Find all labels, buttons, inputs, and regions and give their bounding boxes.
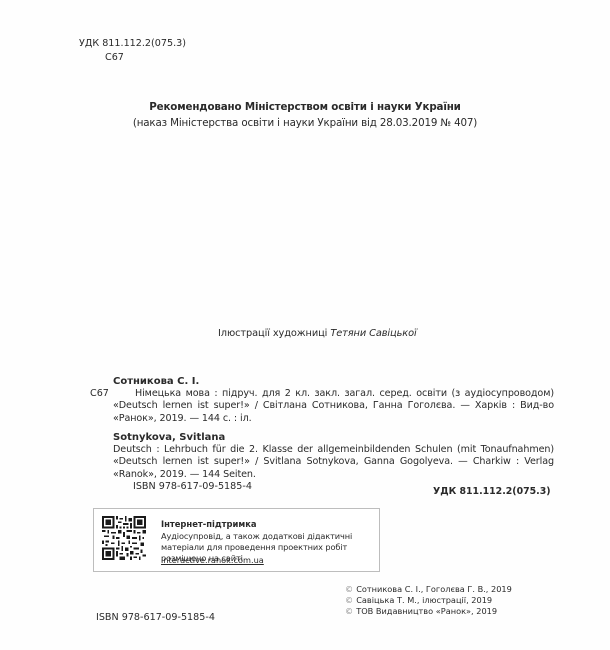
support-website-link[interactable]: interactive.ranok.com.ua: [161, 555, 264, 565]
internet-support-box: Інтернет-підтримка Аудіосупровід, а тако…: [93, 508, 380, 572]
catalog-code: С67: [90, 388, 109, 400]
imprint-page: УДК 811.112.2(075.3) С67 Рекомендовано М…: [0, 0, 610, 650]
copyright-block: ©Сотникова С. І., Гоголєва Г. В., 2019 ©…: [345, 584, 512, 618]
copyright-line: ©Савіцька Т. М., ілюстрації, 2019: [345, 595, 512, 606]
internet-support-title: Інтернет-підтримка: [161, 519, 257, 529]
catalog-description-ua: Німецька мова : підруч. для 2 кл. закл. …: [113, 388, 554, 425]
catalog-description-de: Deutsch : Lehrbuch für die 2. Klasse der…: [113, 444, 554, 481]
catalog-isbn: ISBN 978-617-09-5185-4: [133, 481, 252, 493]
catalog-author-ua: Сотникова С. І.: [113, 376, 199, 388]
illustrations-label: Ілюстрації художниці: [218, 328, 330, 339]
copyright-icon: ©: [345, 584, 353, 594]
qr-code-icon[interactable]: [102, 516, 146, 560]
ministry-order: (наказ Міністерства освіти і науки Украї…: [0, 117, 610, 130]
udk-classification: УДК 811.112.2(075.3): [79, 38, 186, 50]
ministry-recommendation: Рекомендовано Міністерством освіти і нау…: [0, 101, 610, 114]
copyright-line: ©ТОВ Видавництво «Ранок», 2019: [345, 606, 512, 617]
copyright-line: ©Сотникова С. І., Гоголєва Г. В., 2019: [345, 584, 512, 595]
copyright-icon: ©: [345, 606, 353, 616]
illustrations-credit: Ілюстрації художниці Тетяни Савіцької: [218, 328, 417, 340]
library-author-code: С67: [105, 52, 124, 64]
copyright-icon: ©: [345, 595, 353, 605]
catalog-author-de: Sotnykova, Svitlana: [113, 432, 225, 444]
isbn-bottom: ISBN 978-617-09-5185-4: [96, 612, 215, 624]
illustrations-artist: Тетяни Савіцької: [330, 328, 416, 339]
udk-classification-right: УДК 811.112.2(075.3): [433, 486, 551, 498]
